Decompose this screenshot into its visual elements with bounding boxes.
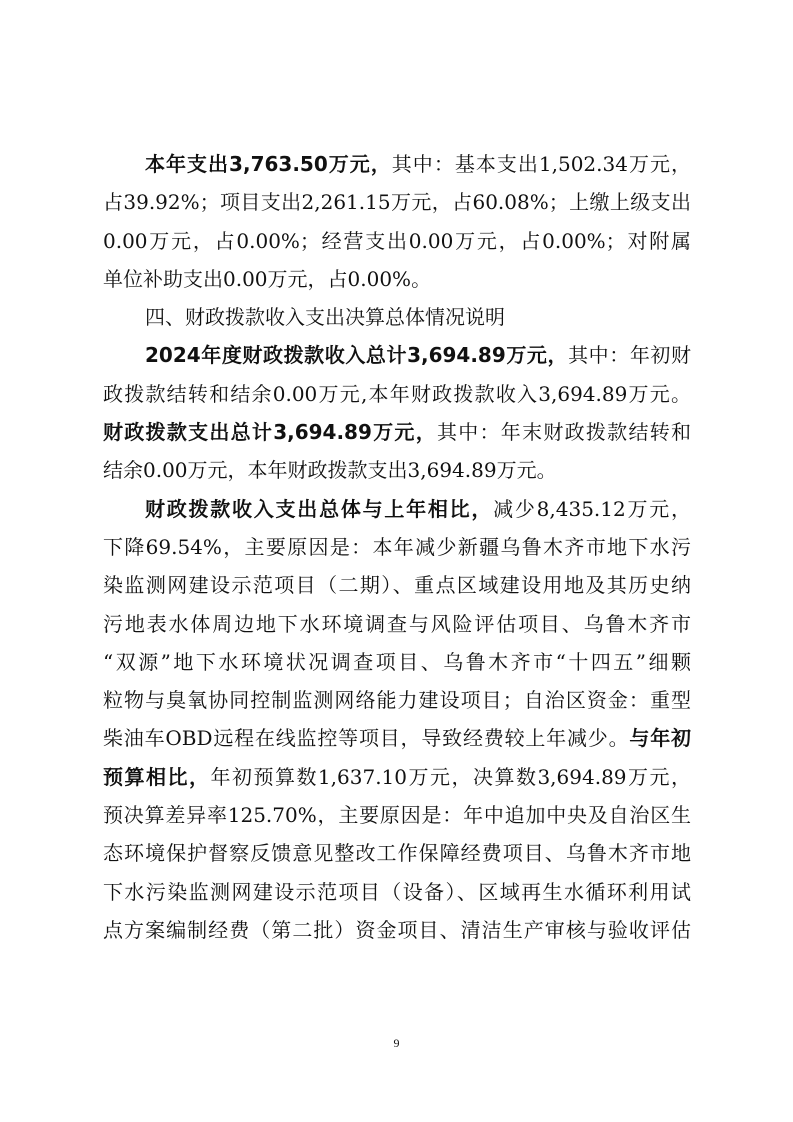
text-line: 柴油车OBD远程在线监控等项目，导致经费较上年减少。与年初 [103,719,691,757]
bold-lead: 预算相比， [103,765,210,789]
text-line: 结余0.00万元，本年财政拨款支出3,694.89万元。 [103,451,691,489]
line-text: 态环境保护督察反馈意见整改工作保障经费项目、乌鲁木齐市地 [103,841,691,865]
line-text: 下降69.54%，主要原因是：本年减少新疆乌鲁木齐市地下水污 [103,535,691,559]
line-text: 年初预算数1,637.10万元，决算数3,694.89万元， [210,765,691,789]
text-line: 下水污染监测网建设示范项目（设备）、区域再生水循环利用试 [103,873,691,911]
text-line: 0.00万元，占0.00%；经营支出0.00万元，占0.00%；对附属 [103,222,691,260]
text-line: 下降69.54%，主要原因是：本年减少新疆乌鲁木齐市地下水污 [103,528,691,566]
paragraph-fiscal-totals: 2024年度财政拨款收入总计3,694.89万元，其中：年初财 政拨款结转和结余… [103,336,691,489]
document-body: 本年支出3,763.50万元，其中：基本支出1,502.34万元， 占39.92… [103,145,691,949]
text-line: 粒物与臭氧协同控制监测网络能力建设项目；自治区资金：重型 [103,681,691,719]
line-text: 结余0.00万元，本年财政拨款支出3,694.89万元。 [103,458,557,482]
text-line: “双源”地下水环境状况调查项目、乌鲁木齐市“十四五”细颗 [103,643,691,681]
text-line: 占39.92%；项目支出2,261.15万元，占60.08%；上缴上级支出 [103,183,691,221]
text-line: 单位补助支出0.00万元，占0.00%。 [103,260,691,298]
document-page: 本年支出3,763.50万元，其中：基本支出1,502.34万元， 占39.92… [0,0,793,1122]
text-line: 财政拨款收入支出总体与上年相比，减少8,435.12万元， [103,490,691,528]
line-text: 0.00万元，占0.00%；经营支出0.00万元，占0.00%；对附属 [103,229,691,253]
section-heading: 四、财政拨款收入支出决算总体情况说明 [103,298,691,336]
line-text: 柴油车OBD远程在线监控等项目，导致经费较上年减少。 [103,726,629,750]
line-text: 其中：年初财 [568,343,691,367]
bold-lead: 2024年度财政拨款收入总计3,694.89万元， [145,343,568,367]
line-text: 污地表水体周边地下水环境调查与风险评估项目、乌鲁木齐市 [103,612,691,636]
bold-lead: 财政拨款支出总计3,694.89万元， [103,420,437,444]
line-text: 其中：年末财政拨款结转和 [437,420,691,444]
bold-lead: 本年支出3,763.50万元， [145,152,392,176]
line-text: 占39.92%；项目支出2,261.15万元，占60.08%；上缴上级支出 [103,190,691,214]
line-text: 其中：基本支出1,502.34万元， [392,152,691,176]
text-line: 本年支出3,763.50万元，其中：基本支出1,502.34万元， [103,145,691,183]
bold-lead: 与年初 [629,726,691,750]
line-text: 减少8,435.12万元， [493,497,691,521]
text-line: 预决算差异率125.70%，主要原因是：年中追加中央及自治区生 [103,796,691,834]
line-text: 单位补助支出0.00万元，占0.00%。 [103,267,431,291]
line-text: 下水污染监测网建设示范项目（设备）、区域再生水循环利用试 [103,880,691,904]
line-text: “双源”地下水环境状况调查项目、乌鲁木齐市“十四五”细颗 [103,650,691,674]
page-number: 9 [0,1036,793,1051]
text-line: 点方案编制经费（第二批）资金项目、清洁生产审核与验收评估 [103,911,691,949]
text-line: 政拨款结转和结余0.00万元,本年财政拨款收入3,694.89万元。 [103,375,691,413]
line-text: 染监测网建设示范项目（二期）、重点区域建设用地及其历史纳 [103,573,691,597]
text-line: 预算相比，年初预算数1,637.10万元，决算数3,694.89万元， [103,758,691,796]
line-text: 粒物与臭氧协同控制监测网络能力建设项目；自治区资金：重型 [103,688,691,712]
paragraph-comparison: 财政拨款收入支出总体与上年相比，减少8,435.12万元， 下降69.54%，主… [103,490,691,950]
line-text: 政拨款结转和结余0.00万元,本年财政拨款收入3,694.89万元。 [103,382,691,406]
line-text: 预决算差异率125.70%，主要原因是：年中追加中央及自治区生 [103,803,691,827]
text-line: 染监测网建设示范项目（二期）、重点区域建设用地及其历史纳 [103,566,691,604]
bold-lead: 财政拨款收入支出总体与上年相比， [145,497,493,521]
paragraph-expenditure: 本年支出3,763.50万元，其中：基本支出1,502.34万元， 占39.92… [103,145,691,298]
text-line: 态环境保护督察反馈意见整改工作保障经费项目、乌鲁木齐市地 [103,834,691,872]
text-line: 污地表水体周边地下水环境调查与风险评估项目、乌鲁木齐市 [103,605,691,643]
text-line: 2024年度财政拨款收入总计3,694.89万元，其中：年初财 [103,336,691,374]
line-text: 点方案编制经费（第二批）资金项目、清洁生产审核与验收评估 [103,918,691,942]
text-line: 财政拨款支出总计3,694.89万元，其中：年末财政拨款结转和 [103,413,691,451]
